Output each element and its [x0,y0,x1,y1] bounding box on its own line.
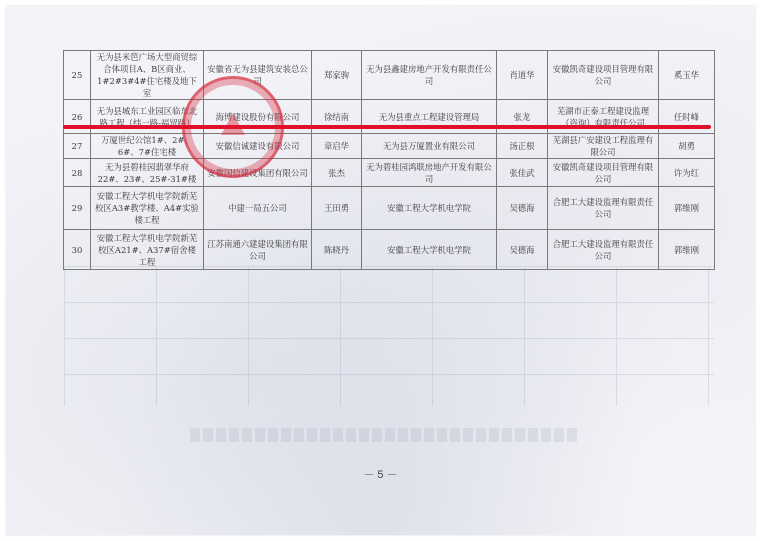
project-manager: 章启华 [312,134,362,159]
owner-representative: 吴德海 [497,187,548,230]
contractor: 江苏南通六建建设集团有限公司 [204,230,312,270]
supervision-unit: 合肥工大建设监理有限责任公司 [548,230,659,270]
owner-unit: 无为碧桂园鸿联房地产开发有限公司 [362,159,497,187]
owner-representative: 汤正根 [497,134,548,159]
chief-supervisor: 许为红 [659,159,715,187]
project-name: 安徽工程大学机电学院新芜校区A3#教学楼、A4#实验楼工程 [91,187,204,230]
contractor: 中建一局五公司 [204,187,312,230]
table-row: 27 万厦世纪公馆1#、2#、6#、7#住宅楼 安徽信诚建设有限公司 章启华 无… [64,134,715,159]
project-name: 安徽工程大学机电学院新芜校区A21#、A37#宿舍楼工程 [91,230,204,270]
table-row: 30 安徽工程大学机电学院新芜校区A21#、A37#宿舍楼工程 江苏南通六建建设… [64,230,715,270]
supervision-unit: 合肥工大建设监理有限责任公司 [548,187,659,230]
owner-unit: 无为县鑫建房地产开发有限责任公司 [362,51,497,100]
row-number: 28 [64,159,91,187]
owner-representative: 肖道华 [497,51,548,100]
project-manager: 陈晓丹 [312,230,362,270]
project-name: 无为县米笆广场大型商贸综合体项目A、B区商业、1#2#3#4#住宅楼及地下室 [91,51,204,100]
project-name: 万厦世纪公馆1#、2#、6#、7#住宅楼 [91,134,204,159]
owner-representative: 张佳武 [497,159,548,187]
row-number: 27 [64,134,91,159]
owner-unit: 无为县万厦置业有限公司 [362,134,497,159]
chief-supervisor: 奚玉华 [659,51,715,100]
supervision-unit: 芜湖县广安建设工程监理有限公司 [548,134,659,159]
owner-representative: 吴德海 [497,230,548,270]
owner-unit: 安徽工程大学机电学院 [362,230,497,270]
chief-supervisor: 郭维刚 [659,230,715,270]
row-number: 25 [64,51,91,100]
owner-unit: 安徽工程大学机电学院 [362,187,497,230]
contractor: 安徽国信建设集团有限公司 [204,159,312,187]
table-row: 28 无为县碧桂园翡翠华府22#、23#、25#-31#楼 安徽国信建设集团有限… [64,159,715,187]
supervision-unit: 安徽凯奇建设项目管理有限公司 [548,159,659,187]
project-manager: 郑家驹 [312,51,362,100]
row-number: 29 [64,187,91,230]
project-manager: 王田勇 [312,187,362,230]
contractor: 安徽省无为县建筑安装总公司 [204,51,312,100]
project-table: 25 无为县米笆广场大型商贸综合体项目A、B区商业、1#2#3#4#住宅楼及地下… [63,50,715,270]
row-number: 30 [64,230,91,270]
table-row: 25 无为县米笆广场大型商贸综合体项目A、B区商业、1#2#3#4#住宅楼及地下… [64,51,715,100]
page-number: － 5 － [0,466,761,482]
project-name: 无为县碧桂园翡翠华府22#、23#、25#-31#楼 [91,159,204,187]
show-through-title [190,428,580,442]
chief-supervisor: 胡勇 [659,134,715,159]
red-annotation-line [63,125,711,129]
contractor: 安徽信诚建设有限公司 [204,134,312,159]
chief-supervisor: 郭维刚 [659,187,715,230]
project-manager: 张杰 [312,159,362,187]
table-row: 29 安徽工程大学机电学院新芜校区A3#教学楼、A4#实验楼工程 中建一局五公司… [64,187,715,230]
supervision-unit: 安徽凯奇建设项目管理有限公司 [548,51,659,100]
